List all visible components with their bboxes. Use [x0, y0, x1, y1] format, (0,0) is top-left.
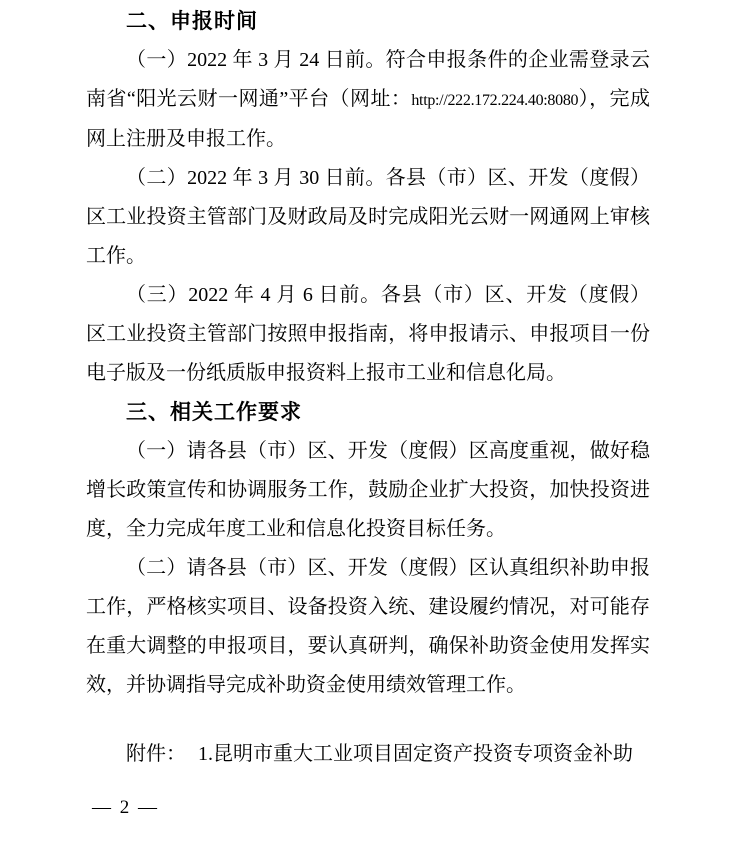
platform-url: http://222.172.224.40:8080: [411, 92, 578, 109]
attachments-line: 附件：1.昆明市重大工业项目固定资产投资专项资金补助: [86, 735, 650, 774]
section-3-paragraph-1: （一）请各县（市）区、开发（度假）区高度重视，做好稳增长政策宣传和协调服务工作，…: [86, 432, 650, 549]
section-2-paragraph-2: （二）2022 年 3 月 30 日前。各县（市）区、开发（度假）区工业投资主管…: [86, 159, 650, 276]
section-2-paragraph-3: （三）2022 年 4 月 6 日前。各县（市）区、开发（度假）区工业投资主管部…: [86, 276, 650, 393]
section-2-paragraph-1: （一）2022 年 3 月 24 日前。符合申报条件的企业需登录云南省“阳光云财…: [86, 41, 650, 159]
section-3-heading: 三、相关工作要求: [86, 393, 650, 432]
page-number: — 2 —: [92, 796, 159, 820]
attachments-label: 附件：: [126, 743, 186, 765]
section-3-paragraph-2: （二）请各县（市）区、开发（度假）区认真组织补助申报工作，严格核实项目、设备投资…: [86, 549, 650, 705]
attachment-item-1: 1.昆明市重大工业项目固定资产投资专项资金补助: [198, 743, 633, 765]
section-2-heading: 二、申报时间: [86, 2, 650, 41]
document-page: 二、申报时间 （一）2022 年 3 月 24 日前。符合申报条件的企业需登录云…: [0, 0, 737, 858]
